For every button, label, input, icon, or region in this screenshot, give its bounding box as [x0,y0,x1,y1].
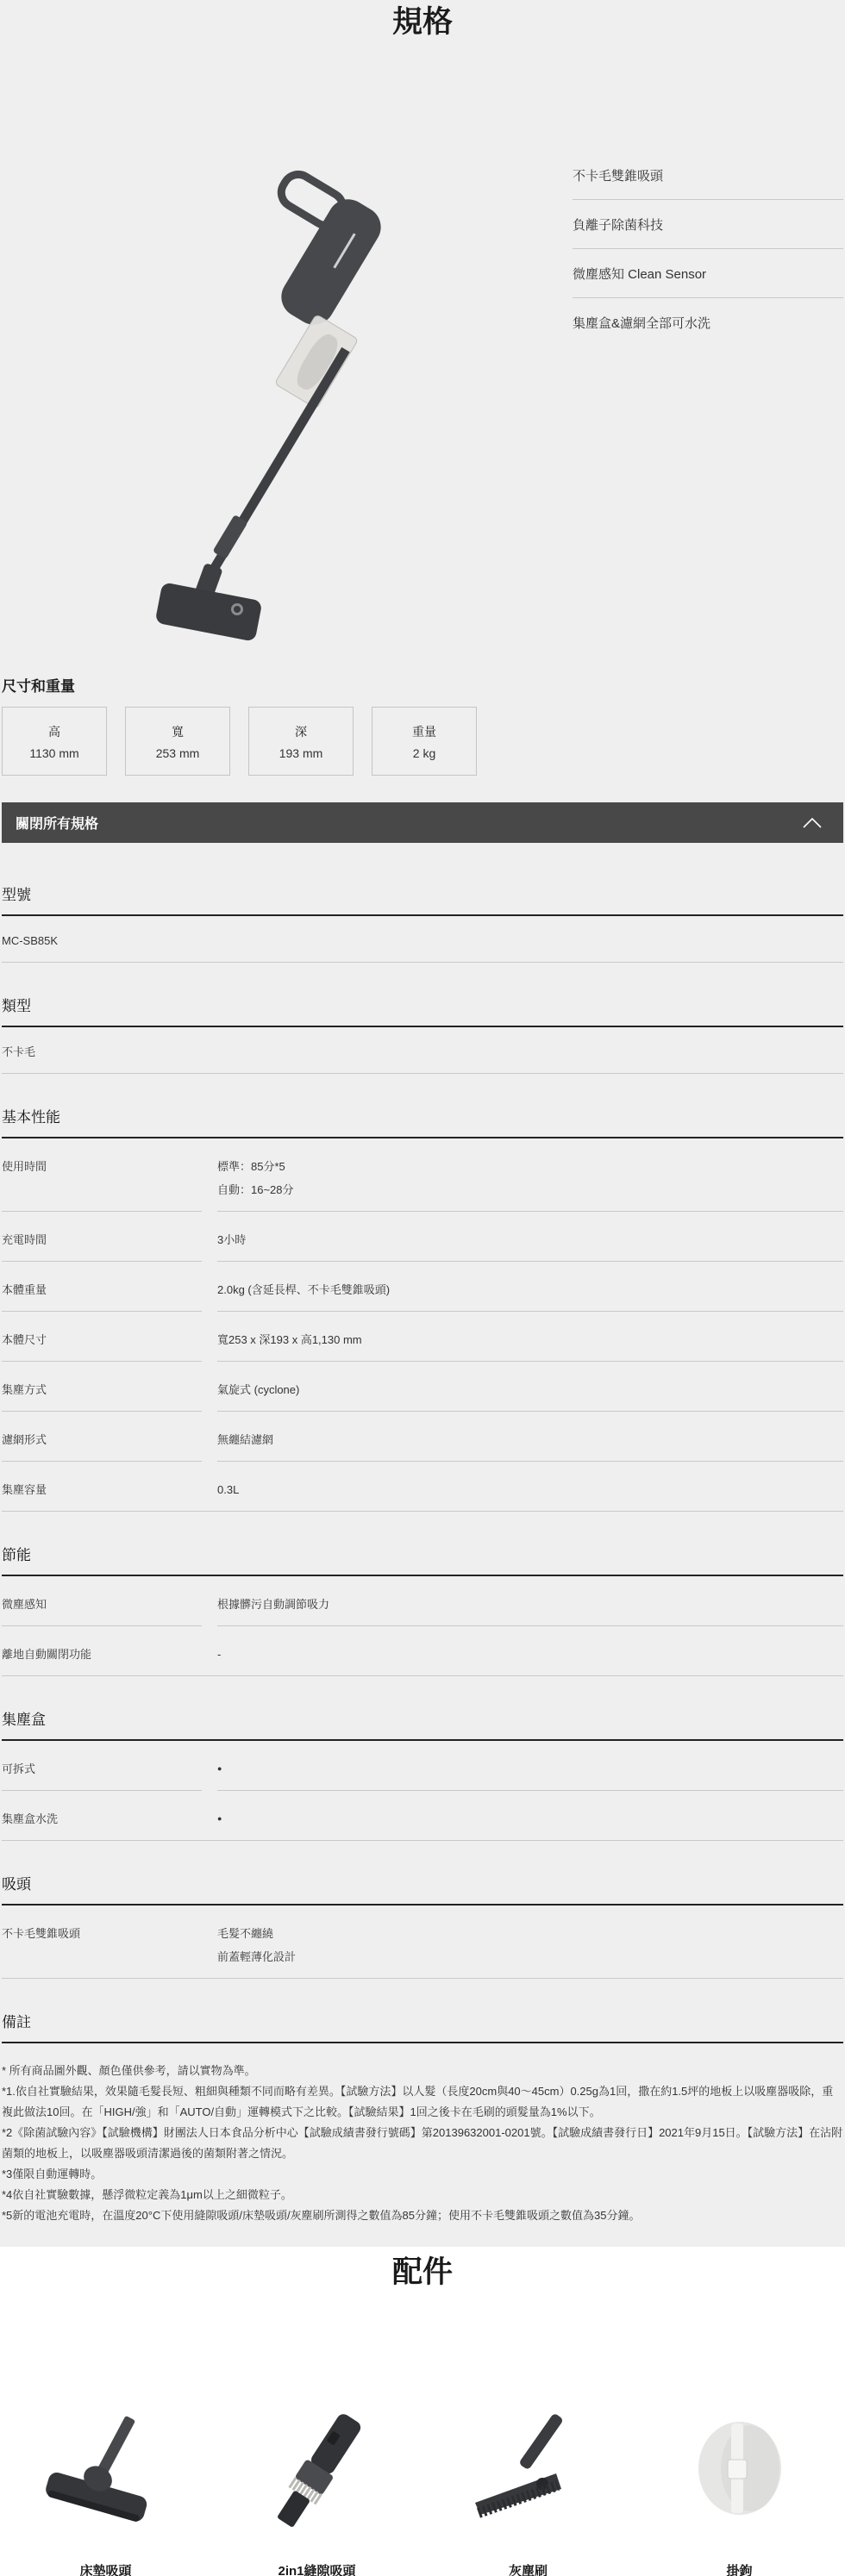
dimension-box-height: 高 1130 mm [2,707,107,776]
spec-section: 規格 不卡毛雙錐吸頭 負離子除菌科技 微塵感知 Clean Sensor 集塵盒… [0,0,845,2247]
accessory-label: 掛鉤 [726,2561,752,2576]
chevron-up-icon [802,817,823,829]
dimension-label: 深 [295,723,307,740]
dimension-value: 193 mm [279,746,323,760]
section-heading-basic-performance: 基本性能 [2,1074,843,1127]
section-heading-energy-saving: 節能 [2,1512,843,1565]
accessory-label: 灰塵刷 [509,2561,548,2576]
row-value-line: 寬253 x 深193 x 高1,130 mm [217,1328,843,1351]
table-row: 不卡毛雙錐吸頭 毛髮不纏繞 前蓋輕薄化設計 [2,1905,843,1978]
dimension-label: 高 [48,723,60,740]
accessories-section: 配件 床墊吸頭 [0,2247,845,2576]
accessory-item-mattress-nozzle: 床墊吸頭 [0,2406,211,2576]
row-value: 毛髮不纏繞 前蓋輕薄化設計 [217,1922,843,1968]
dimension-box-width: 寬 253 mm [125,707,230,776]
row-divider [2,1311,843,1312]
feature-label: 負離子除菌科技 [573,215,663,234]
feature-item: 不卡毛雙錐吸頭 [573,151,843,200]
dust-brush-image [460,2406,598,2535]
row-value: 3小時 [217,1228,843,1251]
row-label: 微塵感知 [2,1593,217,1616]
dimensions-heading: 尺寸和重量 [2,677,843,696]
model-value: MC-SB85K [2,916,843,962]
row-value-line: 0.3L [217,1478,843,1501]
row-value: - [217,1643,843,1666]
table-row: 使用時間 標準：85分*5 自動：16~28分 [2,1138,843,1211]
table-row: 可拆式 ● [2,1741,843,1790]
table-row: 離地自動關閉功能 - [2,1626,843,1675]
row-label: 集塵方式 [2,1378,217,1401]
hook-image [671,2406,809,2535]
row-value-bullet: ● [217,1757,843,1781]
vacuum-wand [194,347,349,597]
accessory-label: 2in1縫隙吸頭 [278,2561,355,2576]
accessories-title: 配件 [0,2247,845,2292]
feature-label: 微塵感知 Clean Sensor [573,265,706,283]
row-label: 集塵容量 [2,1478,217,1501]
table-row: 充電時間 3小時 [2,1212,843,1261]
collapse-all-specs-bar[interactable]: 關閉所有規格 [2,802,843,843]
row-value-line: 氣旋式 (cyclone) [217,1378,843,1401]
row-divider [2,1211,843,1212]
accessory-item-dust-brush: 灰塵刷 [422,2406,634,2576]
section-heading-nozzle: 吸頭 [2,1841,843,1894]
vacuum-body [273,191,388,332]
feature-list: 不卡毛雙錐吸頭 負離子除菌科技 微塵感知 Clean Sensor 集塵盒&濾網… [573,151,843,347]
note-line: *1.依自社實驗結果，效果隨毛髮長短、粗細與種類不同而略有差異。【試驗方法】以人… [2,2081,843,2123]
note-line: *3僅限自動運轉時。 [2,2164,843,2185]
row-value: 無纏結濾網 [217,1428,843,1451]
vacuum-wand-joint [212,515,247,559]
dimension-value: 2 kg [413,746,435,760]
row-value-line: - [217,1643,843,1666]
feature-item: 負離子除菌科技 [573,200,843,249]
table-row: 集塵方式 氣旋式 (cyclone) [2,1362,843,1411]
row-value-line: 標準：85分*5 [217,1155,843,1178]
row-value: 氣旋式 (cyclone) [217,1378,843,1401]
dimension-label: 重量 [412,723,436,740]
accessory-label: 床墊吸頭 [79,2561,131,2576]
row-divider [2,1261,843,1262]
row-value-line: 前蓋輕薄化設計 [217,1945,843,1968]
row-label: 集塵盒水洗 [2,1807,217,1831]
row-label: 本體尺寸 [2,1328,217,1351]
spec-table: 型號 MC-SB85K 類型 不卡毛 基本性能 使用時間 標準：85分*5 自動… [2,843,843,2238]
row-value: ● [217,1757,843,1781]
dimension-value: 253 mm [156,746,200,760]
accessory-item-hook: 掛鉤 [634,2406,845,2576]
dimension-value: 1130 mm [29,746,78,760]
row-value-bullet: ● [217,1807,843,1831]
accessories-row: 床墊吸頭 2in1縫隙吸頭 [0,2406,845,2576]
dimensions-section: 尺寸和重量 高 1130 mm 寬 253 mm 深 193 mm 重量 2 k… [0,672,845,776]
dimension-box-depth: 深 193 mm [248,707,354,776]
product-hero: 不卡毛雙錐吸頭 負離子除菌科技 微塵感知 Clean Sensor 集塵盒&濾網… [0,43,845,672]
note-line: *4依自社實驗數據，懸浮微粒定義為1μm以上之細微粒子。 [2,2185,843,2205]
vacuum-head-logo [231,603,243,615]
row-value-line: 自動：16~28分 [217,1178,843,1201]
section-heading-model: 型號 [2,843,843,905]
row-label: 本體重量 [2,1278,217,1301]
dimension-label: 寬 [172,723,184,740]
section-heading-dust-box: 集塵盒 [2,1676,843,1730]
feature-label: 不卡毛雙錐吸頭 [573,166,663,184]
table-row: 集塵盒水洗 ● [2,1791,843,1840]
row-value: 0.3L [217,1478,843,1501]
row-value: ● [217,1807,843,1831]
row-label: 濾網形式 [2,1428,217,1451]
section-heading-notes: 備註 [2,1979,843,2032]
row-divider [2,1361,843,1362]
row-value-line: 毛髮不纏繞 [217,1922,843,1945]
feature-item: 微塵感知 Clean Sensor [573,249,843,298]
feature-label: 集塵盒&濾網全部可水洗 [573,314,710,332]
dimension-boxes: 高 1130 mm 寬 253 mm 深 193 mm 重量 2 kg [2,707,843,776]
table-row: 本體重量 2.0kg (含延長桿、不卡毛雙錐吸頭) [2,1262,843,1311]
row-divider [2,1411,843,1412]
section-heading-type: 類型 [2,963,843,1016]
note-line: * 所有商品圖外觀、顏色僅供參考，請以實物為準。 [2,2061,843,2081]
row-divider [2,1790,843,1791]
crevice-nozzle-image [248,2406,386,2535]
row-label: 離地自動關閉功能 [2,1643,217,1666]
note-line: *2《除菌試驗內容》【試驗機構】財團法人日本食品分析中心【試驗成績書發行號碼】第… [2,2123,843,2164]
row-value: 2.0kg (含延長桿、不卡毛雙錐吸頭) [217,1278,843,1301]
row-label: 不卡毛雙錐吸頭 [2,1922,217,1968]
row-label: 使用時間 [2,1155,217,1201]
row-divider [2,1461,843,1462]
mattress-nozzle-image [37,2406,175,2535]
vacuum-floor-head [155,582,263,642]
feature-item: 集塵盒&濾網全部可水洗 [573,298,843,347]
row-value-line: 根據髒污自動調節吸力 [217,1593,843,1616]
note-line: *5新的電池充電時，在溫度20°C下使用縫隙吸頭/床墊吸頭/灰塵刷所測得之數值為… [2,2205,843,2226]
page-title: 規格 [0,0,845,43]
table-row: 集塵容量 0.3L [2,1462,843,1511]
row-value: 根據髒污自動調節吸力 [217,1593,843,1616]
collapse-all-label: 關閉所有規格 [16,813,98,833]
row-value: 寬253 x 深193 x 高1,130 mm [217,1328,843,1351]
table-row: 本體尺寸 寬253 x 深193 x 高1,130 mm [2,1312,843,1361]
table-row: 微塵感知 根據髒污自動調節吸力 [2,1576,843,1625]
row-label: 充電時間 [2,1228,217,1251]
table-row: 濾網形式 無纏結濾網 [2,1412,843,1461]
type-value: 不卡毛 [2,1027,843,1073]
row-value: 標準：85分*5 自動：16~28分 [217,1155,843,1201]
accessory-item-2in1-crevice-nozzle: 2in1縫隙吸頭 [211,2406,422,2576]
row-value-line: 3小時 [217,1228,843,1251]
row-value-line: 2.0kg (含延長桿、不卡毛雙錐吸頭) [217,1278,843,1301]
row-label: 可拆式 [2,1757,217,1781]
notes-block: * 所有商品圖外觀、顏色僅供參考，請以實物為準。 *1.依自社實驗結果，效果隨毛… [2,2043,843,2238]
row-divider [2,1625,843,1626]
dimension-box-weight: 重量 2 kg [372,707,477,776]
row-value-line: 無纏結濾網 [217,1428,843,1451]
